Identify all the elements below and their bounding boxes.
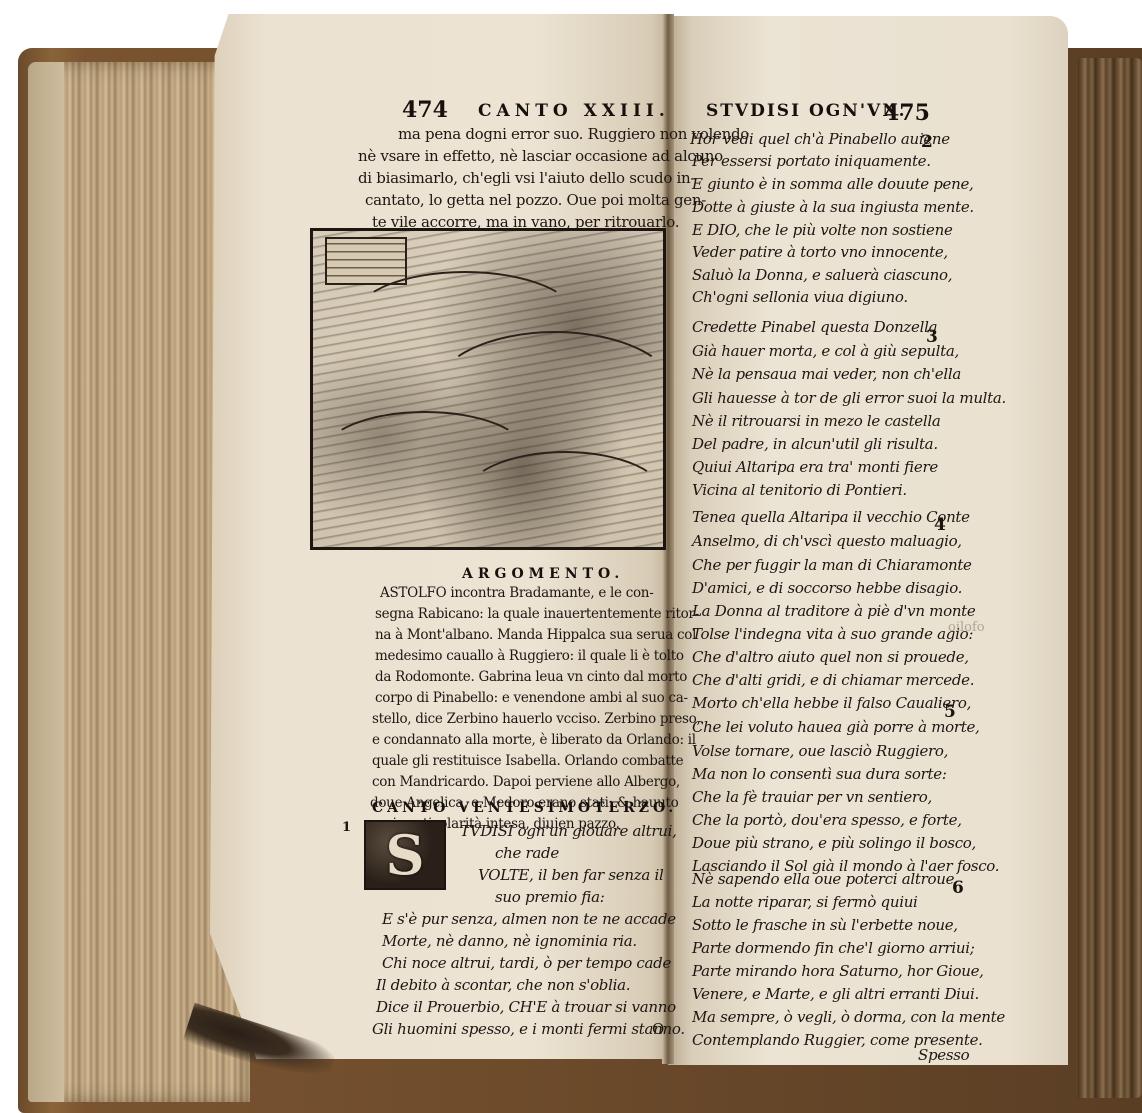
castle-drawing	[325, 237, 407, 285]
verse-line: Veder patire à torto vno innocente,	[692, 243, 948, 261]
verse-line: Credette Pinabel questa Donzella	[692, 318, 937, 336]
stanza-line: Dice il Prouerbio, CH'E à trouar si vann…	[376, 998, 676, 1016]
drop-cap-letter: S	[386, 828, 425, 882]
argomento-line: ASTOLFO incontra Bradamante, e le con-	[380, 585, 653, 601]
verse-line: Anselmo, di ch'vscì questo maluagio,	[692, 532, 962, 550]
signature-mark: O	[652, 1020, 664, 1038]
stanza-line: Il debito à scontar, che non s'oblia.	[376, 976, 630, 994]
verse-line: Venere, e Marte, e gli altri erranti Diu…	[692, 985, 979, 1003]
verse-line: Per essersi portato iniquamente.	[692, 152, 931, 170]
verse-line: Parte dormendo fin che'l giorno arriui;	[692, 939, 975, 957]
stanza-line: Morte, nè danno, nè ignominia ria.	[382, 932, 637, 950]
argomento-line: e condannato alla morte, è liberato da O…	[372, 732, 696, 748]
verse-line: D'amici, e di soccorso hebbe disagio.	[692, 579, 962, 597]
canto-title: CANTO VENTESIMOTERZO.	[372, 800, 677, 816]
verse-line: Ma sempre, ò vegli, ò dorma, con la ment…	[692, 1008, 1005, 1026]
argomento-line: na à Mont'albano. Manda Hippalca sua ser…	[375, 627, 696, 643]
verse-line: Tolse l'indegna vita à suo grande agio:	[692, 625, 973, 643]
verse-line: Quiui Altaripa era tra' monti fiere	[692, 458, 938, 476]
right-page-number: 475	[884, 100, 930, 126]
verse-line: Che d'altro aiuto quel non si prouede,	[692, 648, 969, 666]
verse-line: Del padre, in alcun'util gli risulta.	[692, 435, 938, 453]
verse-line: Che d'alti gridi, e di chiamar mercede.	[692, 671, 974, 689]
verse-line: Hor vedi quel ch'à Pinabello auiene	[690, 130, 950, 148]
argomento-title: ARGOMENTO.	[462, 566, 624, 582]
stanza-line: VOLTE, il ben far senza il	[478, 866, 663, 884]
intro-line: di biasimarlo, ch'egli vsi l'aiuto dello…	[358, 169, 695, 187]
verse-line: E giunto è in somma alle douute pene,	[692, 175, 974, 193]
verse-line: Vicina al tenitorio di Pontieri.	[692, 481, 907, 499]
verse-line: Che per fuggir la man di Chiaramonte	[692, 556, 972, 574]
woodcut-illustration	[310, 228, 666, 550]
argomento-line: con Mandricardo. Dapoi perviene allo Alb…	[372, 774, 680, 790]
stanza-line: suo premio fia:	[495, 888, 604, 906]
verse-line: Sotto le frasche in sù l'erbette noue,	[692, 916, 958, 934]
right-running-head: STVDISI OGN'VN.	[706, 101, 907, 121]
stanza-line: E s'è pur senza, almen non te ne accade	[382, 910, 676, 928]
verse-line: Nè sapendo ella oue poterci altroue	[692, 870, 954, 888]
stanza-line: Chi noce altrui, tardi, ò per tempo cade	[382, 954, 671, 972]
verse-line: Gli hauesse à tor de gli error suoi la m…	[692, 389, 1006, 407]
verse-line: Che la fè trauiar per vn sentiero,	[692, 788, 932, 806]
stanza-line: TVDISI ogn'un giouare altrui,	[460, 822, 677, 840]
verse-line: Tenea quella Altaripa il vecchio Conte	[692, 508, 970, 526]
stanza-line: che rade	[495, 844, 559, 862]
intro-line: nè vsare in effetto, nè lasciar occasion…	[358, 147, 723, 165]
right-page-edges	[1078, 58, 1142, 1098]
catchword: Spesso	[918, 1046, 969, 1064]
verse-line: Ch'ogni sellonia viua digiuno.	[692, 288, 908, 306]
verse-line: Nè il ritrouarsi in mezo le castella	[692, 412, 941, 430]
argomento-line: stello, dice Zerbino hauerlo vcciso. Zer…	[372, 711, 701, 727]
verse-line: Morto ch'ella hebbe il falso Caualiero,	[692, 694, 971, 712]
verse-line: Doue più strano, e più solingo il bosco,	[692, 834, 976, 852]
argomento-line: da Rodomonte. Gabrina leua vn cinto dal …	[375, 669, 687, 685]
verse-line: Saluò la Donna, e saluerà ciascuno,	[692, 266, 952, 284]
intro-line: cantato, lo getta nel pozzo. Oue poi mol…	[365, 191, 706, 209]
left-page-number: 474	[402, 97, 448, 123]
verse-line: E DIO, che le più volte non sostiene	[692, 221, 953, 239]
stanza-number: 1	[342, 820, 351, 835]
verse-line: Dotte à giuste à la sua ingiusta mente.	[692, 198, 974, 216]
left-running-head: CANTO XXIII.	[478, 101, 670, 121]
verse-line: Già hauer morta, e col à giù sepulta,	[692, 342, 959, 360]
bleed-through-text: oilofo	[948, 620, 985, 635]
argomento-line: medesimo cauallo à Ruggiero: il quale li…	[375, 648, 684, 664]
verse-line: Nè la pensaua mai veder, non ch'ella	[692, 365, 961, 383]
drop-cap-ornament: S	[364, 820, 446, 890]
verse-line: Che lei voluto hauea già porre à morte,	[692, 718, 980, 736]
argomento-line: corpo di Pinabello: e venendone ambi al …	[375, 690, 688, 706]
verse-line: Che la portò, dou'era spesso, e forte,	[692, 811, 962, 829]
verse-line: Ma non lo consentì sua dura sorte:	[692, 765, 947, 783]
verse-line: Volse tornare, oue lasciò Ruggiero,	[692, 742, 948, 760]
verse-line: Parte mirando hora Saturno, hor Gioue,	[692, 962, 984, 980]
verse-line: La notte riparar, si fermò quiui	[692, 893, 918, 911]
argomento-line: quale gli restituisce Isabella. Orlando …	[372, 753, 683, 769]
stanza-line: Gli huomini spesso, e i monti fermi stan…	[372, 1020, 685, 1038]
verse-line: La Donna al traditore à piè d'vn monte	[692, 602, 976, 620]
argomento-line: segna Rabicano: la quale inauertentement…	[375, 606, 699, 622]
